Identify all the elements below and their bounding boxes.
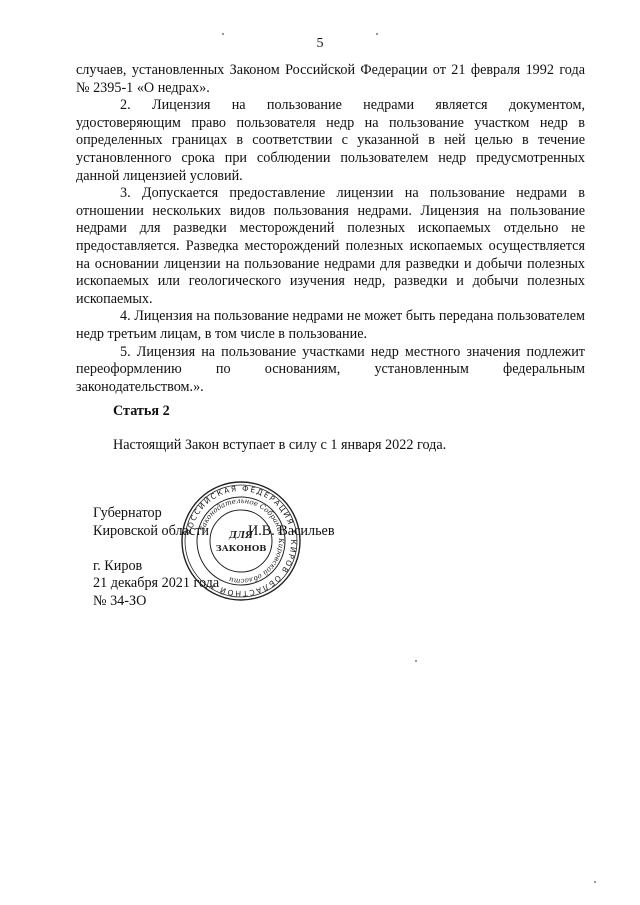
document-page: 5 случаев, установленных Законом Российс… (0, 0, 640, 905)
paragraph-3: 3. Допускается предоставление лицензии н… (76, 185, 585, 308)
paragraph-2: 2. Лицензия на пользование недрами являе… (76, 97, 585, 185)
paragraph-continuation: случаев, установленных Законом Российско… (76, 62, 585, 97)
article-heading: Статья 2 (113, 403, 170, 420)
scan-speck (376, 33, 378, 35)
scan-speck (594, 881, 596, 883)
law-number: № 34-ЗО (93, 593, 219, 611)
signature-block: Губернатор Кировской области И.В. Василь… (93, 505, 219, 610)
scan-speck (222, 33, 224, 35)
law-body-text: случаев, установленных Законом Российско… (76, 62, 585, 396)
article-text: Настоящий Закон вступает в силу с 1 янва… (113, 437, 446, 454)
paragraph-5: 5. Лицензия на пользование участками нед… (76, 344, 585, 397)
signatory-title: Губернатор (93, 505, 219, 523)
signatory-name: И.В. Васильев (248, 523, 335, 541)
svg-text:ЗАКОНОВ: ЗАКОНОВ (216, 544, 267, 554)
signatory-region: Кировской области (93, 523, 219, 541)
page-number: 5 (0, 36, 640, 52)
signing-date: 21 декабря 2021 года (93, 575, 219, 593)
paragraph-4: 4. Лицензия на пользование недрами не мо… (76, 308, 585, 343)
signing-city: г. Киров (93, 558, 219, 576)
scan-speck (415, 660, 417, 662)
